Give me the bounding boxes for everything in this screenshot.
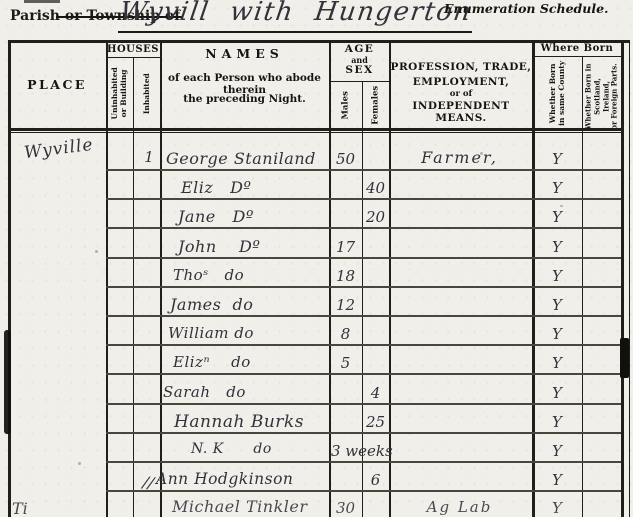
- male-age-entry: 17: [330, 238, 361, 256]
- grid-vline: [621, 40, 624, 517]
- male-age-entry: 3 weeks: [331, 442, 431, 460]
- female-age-entry: 20: [362, 208, 389, 226]
- row-rule: [106, 286, 621, 288]
- partial-name-entry: Michael Tinkler: [172, 497, 308, 516]
- grid-vline: [629, 40, 630, 517]
- inhabited-entry: 1: [140, 148, 158, 166]
- row-rule: [106, 169, 621, 171]
- female-age-entry: 4: [362, 384, 389, 402]
- row-rule: [106, 432, 621, 434]
- profession-entry: Farmer,: [392, 148, 527, 167]
- speck: [78, 462, 81, 465]
- speck: [95, 250, 98, 253]
- row-rule: [106, 490, 621, 492]
- scan-artifact-left-edge: [4, 330, 11, 434]
- born-county-entry: Y: [534, 384, 580, 402]
- female-age-entry: 40: [362, 179, 389, 197]
- name-entry: William do: [168, 324, 254, 342]
- grid-hline: [8, 128, 623, 131]
- grid-hline: [330, 81, 389, 82]
- born-county-entry: Y: [534, 267, 580, 285]
- female-age-entry: 6: [362, 471, 389, 489]
- grid-hline: [533, 56, 622, 57]
- row-rule: [106, 227, 621, 229]
- grid-vline: [160, 40, 162, 517]
- grid-vline: [106, 40, 108, 517]
- grid-vline: [8, 40, 11, 517]
- born-county-entry: Y: [534, 354, 580, 372]
- scan-artifact-top-left: [24, 0, 60, 3]
- partial-male-age-entry: 30: [330, 499, 361, 517]
- name-entry: John Dº: [178, 237, 260, 256]
- born-county-entry: Y: [534, 296, 580, 314]
- grid-hline: [8, 40, 630, 43]
- name-entry: Eliz Dº: [181, 178, 251, 197]
- born-county-entry: Y: [534, 325, 580, 343]
- table-grid-and-rows: 1George Staniland50Farmer,YEliz Dº40YJan…: [0, 0, 633, 517]
- born-county-entry: Y: [534, 208, 580, 226]
- female-age-entry: 25: [362, 413, 389, 431]
- born-county-entry: Y: [534, 442, 580, 460]
- row-rule: [106, 257, 621, 259]
- name-entry: James do: [170, 295, 253, 314]
- row-rule: [106, 373, 621, 375]
- partial-place-entry: Ti: [12, 499, 28, 517]
- male-age-entry: 8: [330, 325, 361, 343]
- name-entry: Sarah do: [163, 383, 246, 401]
- row-rule: [106, 403, 621, 405]
- name-entry: Hannah Burks: [174, 412, 304, 432]
- name-entry: Elizⁿ do: [173, 353, 251, 371]
- born-county-entry: Y: [534, 179, 580, 197]
- speck: [560, 205, 563, 207]
- scan-artifact-right-edge: [620, 338, 629, 378]
- speck: [480, 152, 483, 155]
- grid-hline: [8, 132, 623, 133]
- born-county-entry: Y: [534, 471, 580, 489]
- partial-born-county-entry: Y: [534, 499, 580, 517]
- row-rule: [106, 198, 621, 200]
- speck: [300, 425, 302, 427]
- name-entry: N. K do: [191, 441, 272, 457]
- male-age-entry: 50: [330, 150, 361, 168]
- row-rule: [106, 315, 621, 317]
- speck: [200, 305, 202, 308]
- name-entry: Ann Hodgkinson: [156, 470, 293, 488]
- born-county-entry: Y: [534, 150, 580, 168]
- grid-hline: [106, 57, 160, 58]
- census-document-scan: Parish or Township of Wyvill with Hunger…: [0, 0, 633, 517]
- born-county-entry: Y: [534, 413, 580, 431]
- row-rule: [106, 344, 621, 346]
- name-entry: Thoˢ do: [173, 266, 244, 284]
- row-rule: [106, 461, 621, 463]
- born-county-entry: Y: [534, 238, 580, 256]
- name-entry: Jane Dº: [178, 207, 254, 226]
- male-age-entry: 18: [330, 267, 361, 285]
- partial-profession-entry: Ag Lab: [392, 498, 527, 516]
- name-entry: George Staniland: [166, 149, 316, 168]
- male-age-entry: 5: [330, 354, 361, 372]
- male-age-entry: 12: [330, 296, 361, 314]
